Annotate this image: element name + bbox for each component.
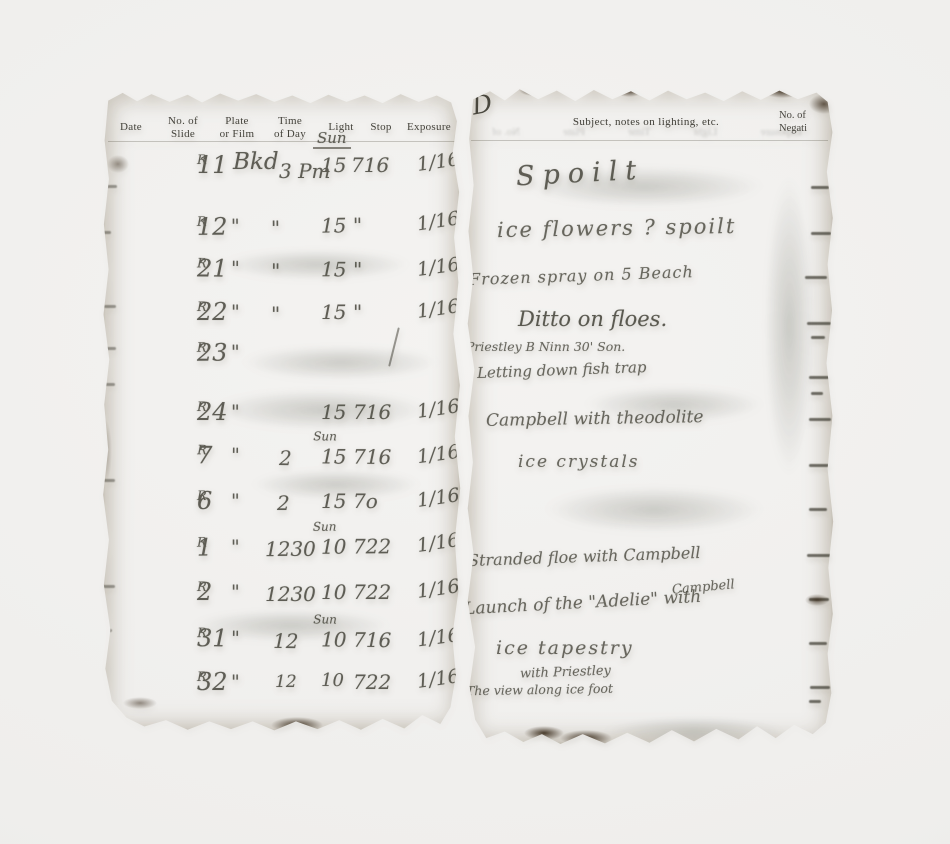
ghost-text: Exposure [760, 126, 802, 138]
cell-stop: " [353, 300, 362, 324]
cell-exposure: 1/16 [416, 295, 461, 323]
cell-stop: 722 [353, 580, 391, 604]
note-line: Campbell [671, 577, 735, 597]
note-line: ice flowers ? spoilt [497, 214, 737, 242]
bleedthrough-smudge [584, 386, 764, 422]
cell-light: 15 [321, 444, 347, 468]
cell-light: 10 [321, 670, 344, 691]
cell-slide-number: 21R [197, 254, 207, 282]
cell-stop: 716 [353, 445, 391, 469]
cell-plate: " [231, 445, 240, 467]
cell-light: 15 [321, 153, 346, 177]
cell-plate: " [231, 671, 240, 693]
stain [562, 83, 582, 95]
header-line: No. of [159, 115, 207, 128]
right-page: D Subject, notes on lighting, etc. No. o… [464, 86, 835, 746]
header-line: Exposure [401, 121, 457, 134]
column-header-plate-or-film: Plate or Film [211, 115, 263, 140]
cell-plate: " [231, 536, 240, 558]
photo-log-scan: Date No. of Slide Plate or Film Time of … [0, 0, 950, 844]
pencil-tick [103, 185, 117, 188]
ghost-text: Light [694, 126, 718, 138]
column-header-time-of-day: Time of Day [265, 115, 315, 140]
cell-stop: 716 [351, 153, 389, 177]
column-header-stop: Stop [363, 121, 399, 134]
cell-exposure: 1/16 [415, 207, 460, 235]
bleedthrough-smudge [191, 609, 391, 641]
column-header-date: Date [109, 121, 153, 134]
note-line: Launch of the "Adelie" with [464, 587, 702, 619]
ghost-text: No. of [492, 126, 520, 138]
cell-slide-number: 23R [197, 339, 207, 367]
cell-light: 15 [321, 213, 347, 237]
bleedthrough-smudge [211, 389, 431, 429]
stain [271, 717, 323, 733]
cell-time-of-day: " [271, 302, 280, 326]
cell-slide-number: 7R [197, 441, 207, 469]
pencil-tick [809, 508, 827, 511]
stain [524, 726, 564, 740]
pencil-tick [101, 231, 111, 234]
note-line: Frozen spray on 5 Beach [469, 262, 694, 289]
cell-exposure: 1/16 [416, 665, 461, 693]
stain [805, 594, 829, 606]
stain [678, 83, 696, 94]
stain [519, 84, 547, 96]
bleedthrough-smudge [544, 486, 764, 532]
cell-slide-number: 32R [197, 668, 207, 696]
pencil-tick [104, 305, 116, 308]
cell-time-of-day: 12 [275, 672, 297, 692]
cell-plate: " [231, 301, 240, 323]
stain [107, 155, 129, 173]
header-line: Plate [211, 115, 263, 128]
cell-plate: Bkd [233, 149, 279, 175]
header-rule [471, 140, 827, 141]
bleedthrough-header-ghost: Exposure Light Time Plate No. of [492, 126, 802, 138]
note-line: Ditto on floes. [518, 307, 667, 331]
cell-plate: " [231, 581, 240, 603]
bleedthrough-smudge [241, 345, 441, 379]
pencil-tick [810, 686, 830, 689]
column-header-exposure: Exposure [401, 121, 457, 134]
pencil-tick [809, 700, 821, 703]
pencil-tick [102, 629, 112, 632]
bleedthrough-smudge [221, 249, 411, 279]
header-line: of Day [265, 128, 315, 141]
log-row: 22R " " 15 " 1/16 [101, 298, 462, 340]
cell-exposure: 1/16 [416, 529, 461, 557]
cell-plate: " [231, 490, 240, 512]
note-line: ice tapestry [496, 637, 634, 659]
bleedthrough-smudge [524, 166, 764, 206]
cell-slide-number: 12R [197, 213, 207, 241]
header-line: Stop [363, 121, 399, 134]
pencil-tick [807, 554, 831, 557]
cell-light: 15 [321, 300, 346, 324]
log-row: 1R " 1230 Sun 10 722 1/16 [101, 532, 462, 577]
note-line: The view along ice foot [466, 681, 613, 699]
cell-light: 10 [321, 535, 347, 559]
header-line: Slide [159, 128, 207, 141]
cell-time-of-day: 1230 [265, 582, 316, 606]
cell-slide-number: 22R [197, 298, 207, 326]
cell-plate: " [231, 341, 240, 363]
header-rule [108, 141, 455, 142]
header-line: Time [265, 115, 315, 128]
stain [98, 419, 112, 483]
header-line: Date [109, 121, 153, 134]
cell-slide-number: 2R [197, 578, 207, 606]
stain [809, 94, 839, 114]
log-row: 11R Bkd 3 Pm Sun 15 716 1/16 [101, 151, 462, 193]
cell-plate: " [231, 215, 240, 237]
cell-exposure: 1/16 [416, 253, 461, 280]
note-line: ice crystals [518, 452, 640, 472]
cell-sun-annotation: Sun [313, 429, 337, 443]
left-page: Date No. of Slide Plate or Film Time of … [101, 89, 462, 733]
bleedthrough-smudge [764, 176, 814, 476]
bleedthrough-smudge [604, 716, 784, 746]
cell-exposure: 1/16 [416, 484, 461, 512]
note-line: Stranded floe with Campbell [468, 543, 701, 570]
cell-stop: 722 [353, 534, 391, 558]
right-page-paper: D Subject, notes on lighting, etc. No. o… [464, 86, 835, 746]
bleedthrough-smudge [251, 469, 421, 499]
ghost-text: Time [628, 126, 651, 138]
cell-exposure: 1/16 [416, 441, 461, 468]
pencil-tick [809, 642, 827, 645]
ghost-text: Plate [563, 126, 585, 138]
pencil-tick [103, 383, 115, 386]
pencil-tick [811, 232, 831, 235]
cell-stop: " [353, 213, 362, 237]
note-line: Letting down fish trap [477, 358, 647, 382]
cell-light: 10 [321, 580, 346, 604]
cell-time-of-day: 1230 [265, 537, 316, 561]
stain [461, 236, 471, 278]
cell-exposure: 1/16 [416, 624, 461, 651]
note-line: with Priestley [520, 663, 611, 681]
cell-slide-number: 6R [197, 487, 207, 515]
stain [762, 84, 804, 98]
cell-slide-number: 1R [197, 534, 207, 562]
stain [123, 697, 157, 709]
left-page-paper: Date No. of Slide Plate or Film Time of … [101, 89, 462, 733]
note-line: Priestley B Ninn 30' Son. [466, 339, 625, 354]
stain [614, 84, 644, 97]
cell-slide-number: 24R [197, 398, 207, 426]
pencil-tick [102, 347, 116, 350]
cell-time-of-day: 2 [279, 446, 292, 470]
pencil-tick [103, 585, 115, 588]
cell-slide-number: 11R [197, 151, 207, 179]
column-header-no-of-slide: No. of Slide [159, 115, 207, 140]
header-line: or Film [211, 128, 263, 141]
corner-mark: D [470, 88, 495, 120]
cell-sun-annotation: Sun [313, 129, 351, 149]
cell-time-of-day: " [271, 216, 280, 240]
cell-sun-annotation: Sun [313, 520, 337, 534]
cell-exposure: 1/16 [416, 575, 461, 603]
cell-stop: 722 [353, 670, 391, 694]
cell-exposure: 1/16 [416, 148, 461, 176]
